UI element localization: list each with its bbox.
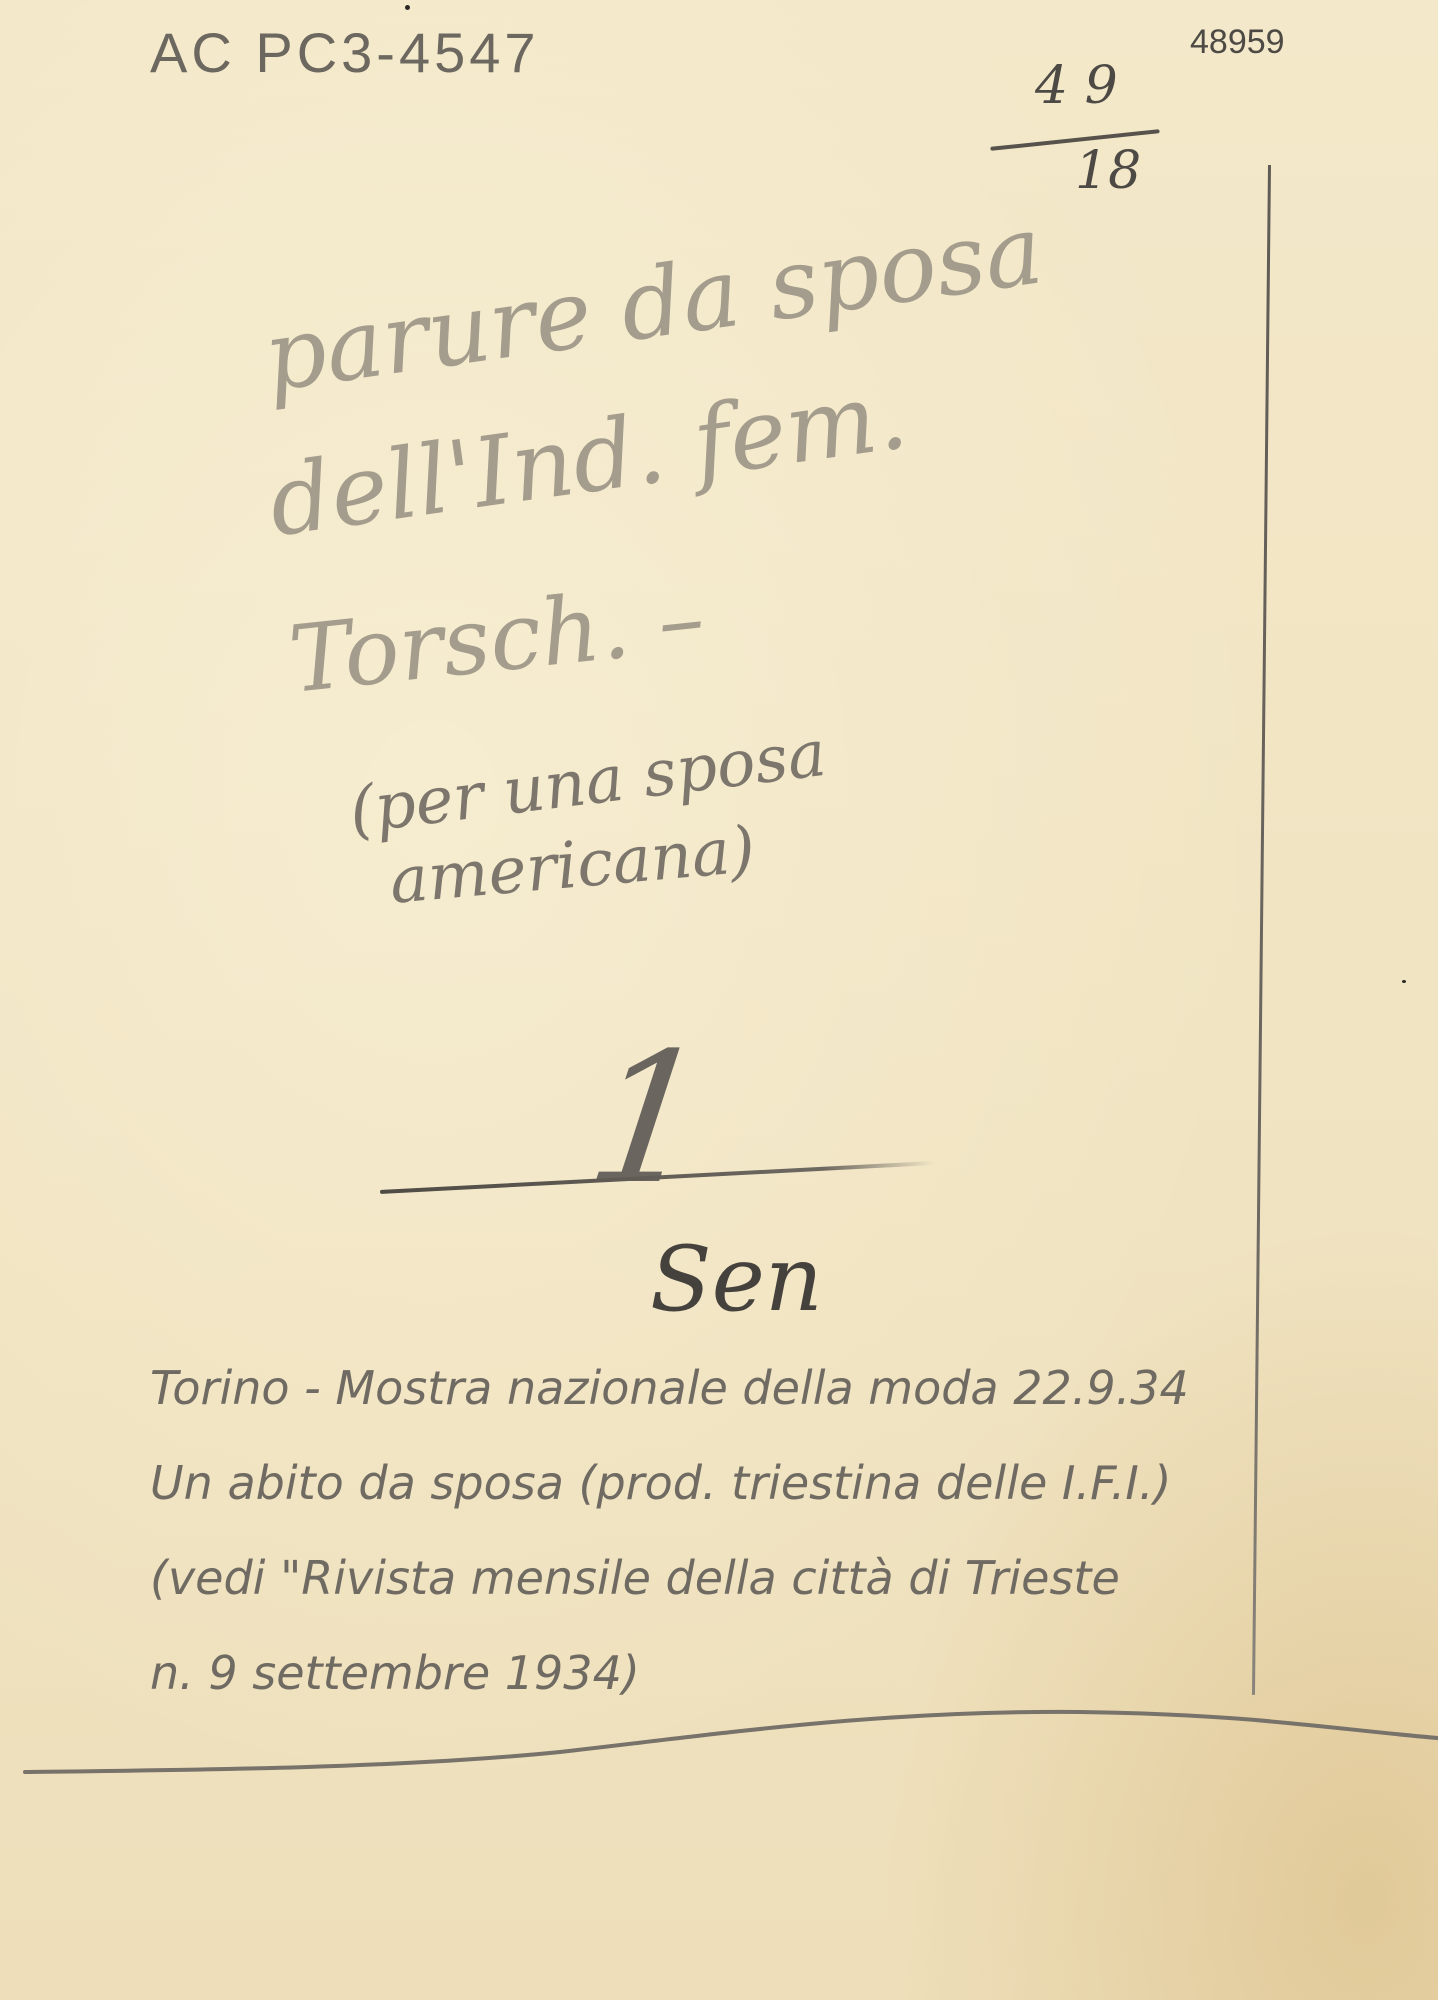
catalog-code: AC PC3-4547 bbox=[150, 25, 540, 81]
fraction-denominator: 18 bbox=[1075, 145, 1141, 197]
inventory-number: 48959 bbox=[1190, 25, 1285, 59]
fraction-numerator: 4 9 bbox=[1035, 60, 1118, 112]
ink-dot bbox=[405, 5, 410, 10]
caption-line-3: (vedi "Rivista mensile della città di Tr… bbox=[150, 1555, 1120, 1601]
caption-line-2: Un abito da sposa (prod. triestina delle… bbox=[150, 1460, 1171, 1506]
ink-dot bbox=[1402, 980, 1406, 983]
signature: Sen bbox=[650, 1235, 823, 1325]
bottom-wavy-rule bbox=[0, 1690, 1438, 1810]
caption-line-1: Torino - Mostra nazionale della moda 22.… bbox=[150, 1365, 1189, 1411]
